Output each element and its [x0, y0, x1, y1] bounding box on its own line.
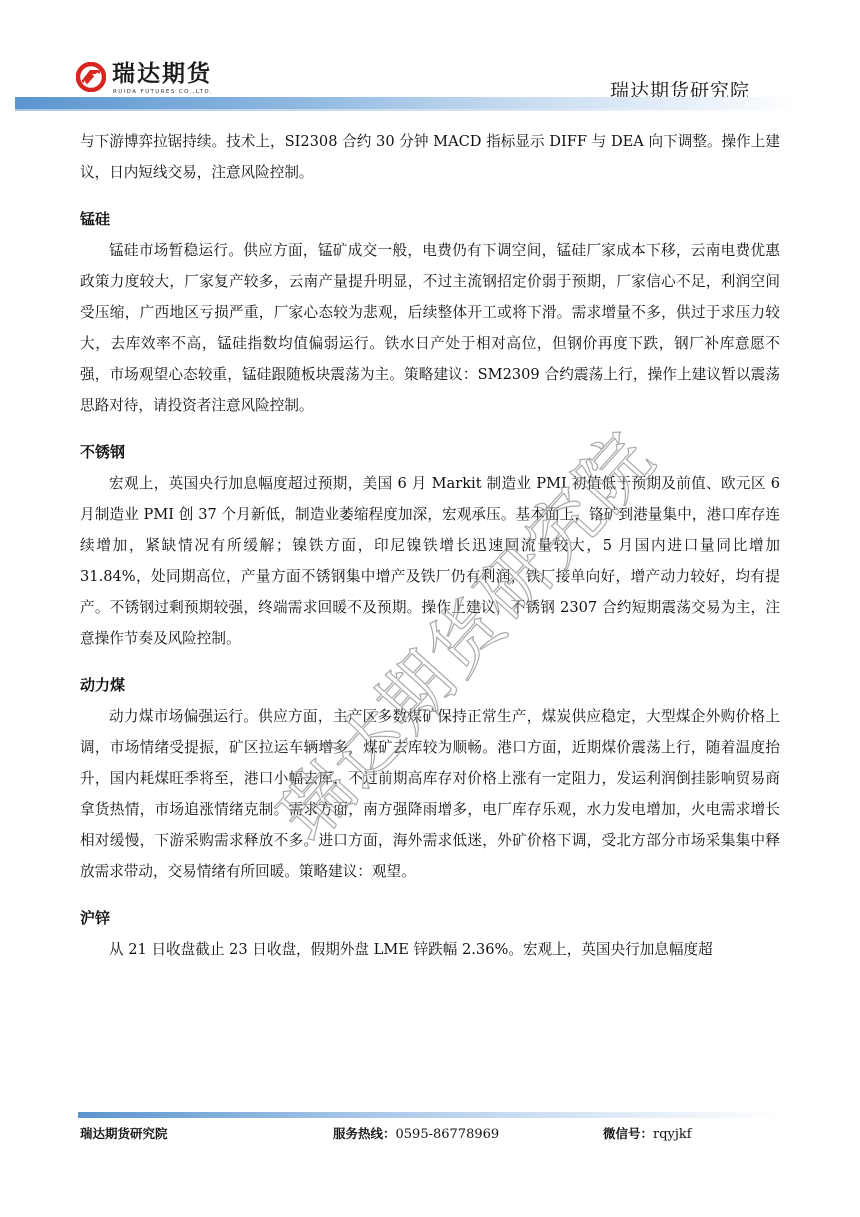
section-body-manganese-silicon: 锰硅市场暂稳运行。供应方面，锰矿成交一般，电费仍有下调空间，锰硅厂家成本下移，云… [80, 235, 780, 421]
page-footer: 瑞达期货研究院 服务热线：0595-86778969 微信号：rqyjkf [80, 1124, 780, 1148]
section-heading-manganese-silicon: 锰硅 [80, 204, 780, 235]
footer-gradient-band [78, 1112, 783, 1118]
hotline-label: 服务热线： [333, 1126, 396, 1141]
header-divider [15, 109, 800, 111]
section-heading-stainless-steel: 不锈钢 [80, 437, 780, 468]
hotline-value: 0595-86778969 [396, 1127, 500, 1142]
section-heading-thermal-coal: 动力煤 [80, 670, 780, 701]
footer-wechat: 微信号：rqyjkf [603, 1124, 692, 1142]
wechat-label: 微信号： [603, 1126, 653, 1141]
section-body-thermal-coal: 动力煤市场偏强运行。供应方面，主产区多数煤矿保持正常生产，煤炭供应稳定，大型煤企… [80, 701, 780, 887]
report-body: 与下游博弈拉锯持续。技术上，SI2308 合约 30 分钟 MACD 指标显示 … [80, 126, 780, 965]
section-heading-zinc: 沪锌 [80, 903, 780, 934]
footer-org: 瑞达期货研究院 [80, 1124, 168, 1142]
logo-text-en: RUIDA FUTURES CO.,LTD. [113, 89, 213, 95]
intro-paragraph: 与下游博弈拉锯持续。技术上，SI2308 合约 30 分钟 MACD 指标显示 … [80, 126, 780, 188]
footer-hotline: 服务热线：0595-86778969 [333, 1124, 499, 1142]
ruida-logo-icon [76, 62, 106, 92]
logo-text-cn: 瑞达期货 [112, 60, 212, 88]
page-header: 瑞达期货 RUIDA FUTURES CO.,LTD. 瑞达期货研究院 [0, 0, 860, 115]
company-logo: 瑞达期货 RUIDA FUTURES CO.,LTD. [76, 60, 226, 100]
wechat-value: rqyjkf [653, 1127, 692, 1142]
section-body-stainless-steel: 宏观上，英国央行加息幅度超过预期，美国 6 月 Markit 制造业 PMI 初… [80, 468, 780, 654]
section-body-zinc: 从 21 日收盘截止 23 日收盘，假期外盘 LME 锌跌幅 2.36%。宏观上… [80, 934, 780, 965]
header-gradient-band [15, 97, 800, 109]
